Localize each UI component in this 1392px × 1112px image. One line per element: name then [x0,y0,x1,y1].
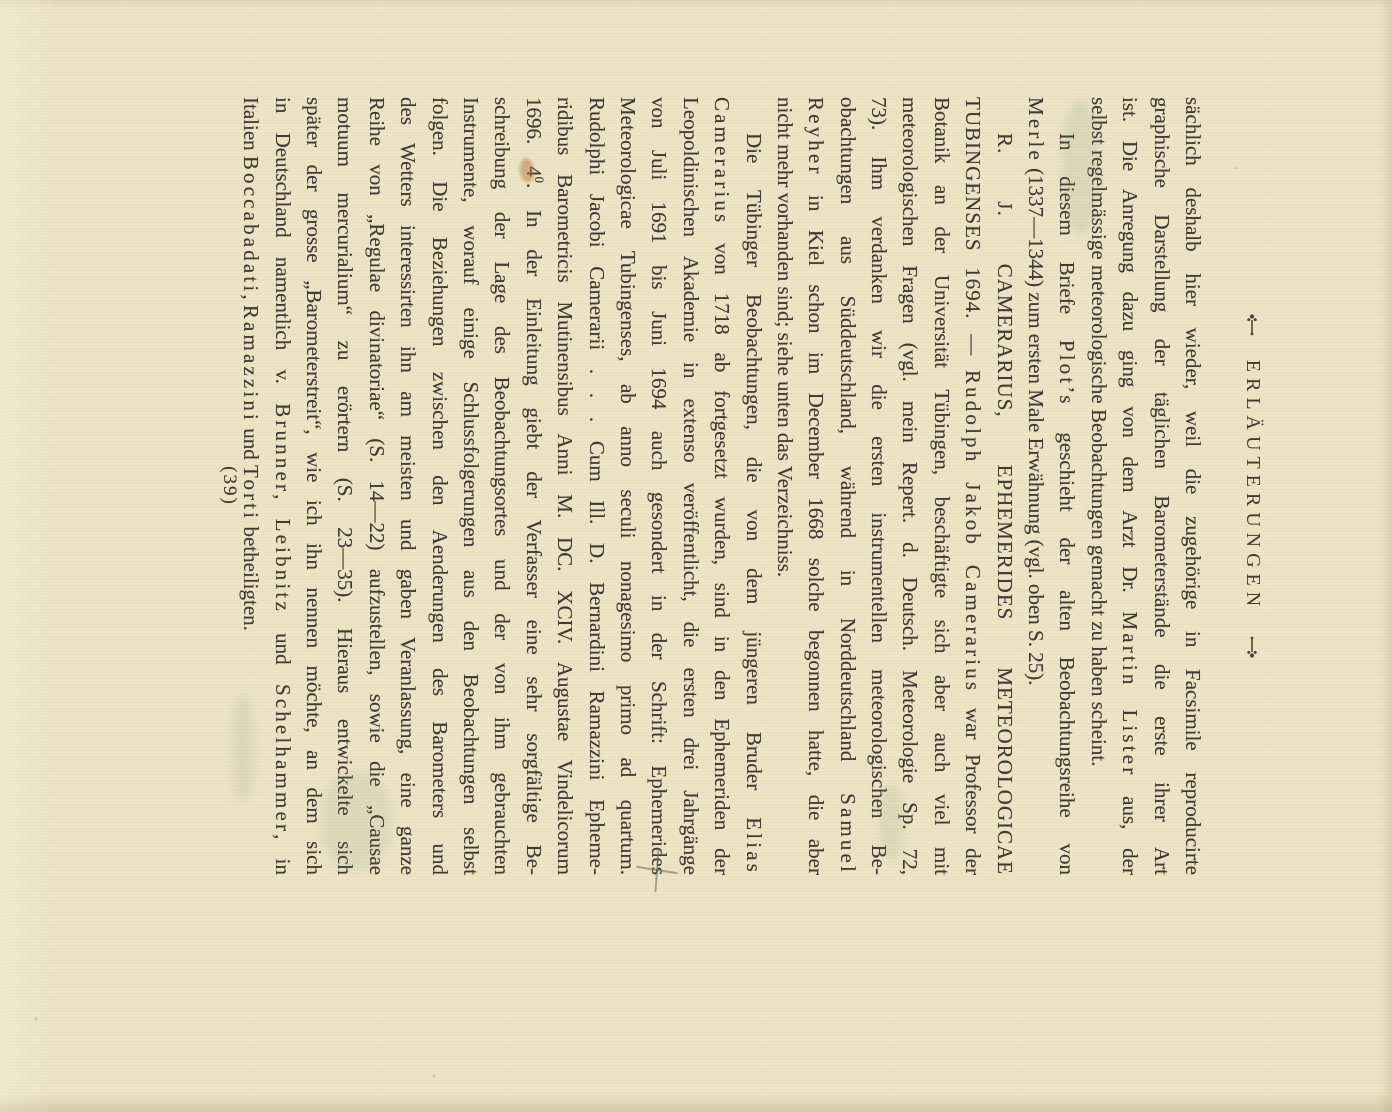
text-line: Reyher in Kiel schon im December 1668 so… [800,97,831,875]
person-name: Merle [1024,97,1048,163]
pencil-cross-mark [634,846,680,894]
text-segment: aus, der [1118,777,1142,875]
text-segment: Leopoldinischen Akademie in extenso verö… [679,97,703,875]
page-title: ERLÄUTERUNGEN [1241,360,1264,612]
page-header: ERLÄUTERUNGEN [1241,97,1264,875]
text-line: Botanik an der Universität Tübingen, bes… [925,97,956,875]
text-line: Leopoldinischen Akademie in extenso verö… [674,97,705,875]
text-line: schreibung der Lage des Beobachtungsorte… [486,97,517,875]
text-segment: R. J. CAMERARIUS, EPHEMERIDES METEOROLOG… [993,133,1017,875]
text-line: 73). Ihm verdanken wir die ersten instru… [863,97,894,875]
text-segment: TUBINGENSES 1694. [961,97,985,320]
text-segment: Instrumente, worauf einige Schlussfolger… [459,97,483,875]
text-segment: von Juli 1691 bis Juni 1694 auch gesonde… [647,97,671,875]
show-through-smudge [1062,100,1100,235]
page-content-rotated: ERLÄUTERUNGEN sächlich deshalb hier wied… [0,0,1392,1112]
show-through-smudge [320,772,392,870]
person-name: Torti [239,465,263,521]
text-segment: (1337—1344) zum ersten Male Erwähnung (v… [1024,163,1048,686]
text-line: Meteorologicae Tubingenses, ab anno secu… [612,97,643,875]
text-line: nicht mehr vorhanden sind; siehe unten d… [769,97,800,875]
text-line: ist. Die Anregung dazu ging von dem Arzt… [1114,97,1145,875]
text-segment: Meteorologicae Tubingenses, ab anno secu… [616,97,640,875]
text-line: Merle (1337—1344) zum ersten Male Erwähn… [1020,97,1051,875]
show-through-smudge [232,694,254,802]
text-segment: des Wetters interessirten ihn am meisten… [396,97,420,875]
text-segment: Die Tübinger Beobachtungen, die von dem … [742,133,766,817]
text-segment: ridibus Barometricis Mutinensibus Anni M… [553,97,577,875]
text-line: Die Tübinger Beobachtungen, die von dem … [737,97,768,875]
text-segment: Reihe von „Regulae divinatoriae“ (S. 14—… [365,97,389,875]
text-segment: nicht mehr vorhanden sind; siehe unten d… [773,97,797,577]
text-segment: 73). Ihm verdanken wir die ersten instru… [867,97,891,875]
text-segment: sächlich deshalb hier wieder, weil die z… [1181,97,1205,875]
text-segment: von 1718 ab fortgesetzt wurden, sind in … [710,225,734,875]
person-name: Ramazzini [239,305,263,423]
text-segment: später der grosse „Barometerstreit“, wie… [302,97,326,875]
text-line: R. J. CAMERARIUS, EPHEMERIDES METEOROLOG… [988,97,1019,875]
text-segment: obachtungen aus Süddeutschland, während … [836,97,860,793]
text-segment: Italien [239,97,263,156]
text-line: meteorologischen Fragen (vgl. mein Reper… [894,97,925,875]
text-line: obachtungen aus Süddeutschland, während … [831,97,862,875]
text-segment: , [239,294,263,305]
header-ornament-left-icon [1246,312,1260,336]
text-segment: in Kiel schon im December 1668 solche be… [804,177,828,875]
text-line: Camerarius von 1718 ab fortgesetzt wurde… [706,97,737,875]
text-line: später der grosse „Barometerstreit“, wie… [298,97,329,875]
person-name: Schelhammer [271,684,295,834]
text-segment: graphische Darstellung der täglichen Bar… [1150,97,1174,875]
scanned-book-page: ERLÄUTERUNGEN sächlich deshalb hier wied… [0,0,1392,1112]
show-through-smudge [878,783,904,861]
text-segment: ist. Die Anregung dazu ging von dem Arzt… [1118,97,1142,611]
person-name: Rudolph Jakob Camerarius [961,370,985,693]
ink-stain [520,158,534,182]
text-segment: meteorologischen Fragen (vgl. mein Reper… [898,97,922,875]
person-name: Elias [742,817,766,875]
text-segment: betheiligten. [239,521,263,631]
text-line: ridibus Barometricis Mutinensibus Anni M… [549,97,580,875]
text-line: Rudolphi Jacobi Camerarii . . . Cum Ill.… [580,97,611,875]
person-name: Plot’s [1055,340,1079,407]
text-line: von Juli 1691 bis Juni 1694 auch gesonde… [643,97,674,875]
text-segment: war Professor der [961,693,985,875]
person-name: Leibnitz [271,519,295,614]
text-line: TUBINGENSES 1694. — Rudolph Jakob Camera… [957,97,988,875]
person-name: Reyher [804,97,828,177]
text-segment: und [271,614,295,684]
text-segment: folgen. Die Beziehungen zwischen den Aen… [428,97,452,875]
text-segment: in Deutschland namentlich v. [271,97,295,403]
text-segment: , in [271,834,295,875]
person-name: Samuel [836,793,860,875]
text-segment: Botanik an der Universität Tübingen, bes… [930,97,954,875]
text-segment: schreibung der Lage des Beobachtungsorte… [490,97,514,875]
text-segment: , [271,494,295,519]
person-name: Martin Lister [1118,611,1142,777]
person-name: Brunner [271,403,295,494]
text-segment: Rudolphi Jacobi Camerarii . . . Cum Ill.… [585,97,609,875]
text-line: des Wetters interessirten ihn am meisten… [392,97,423,875]
text-block: sächlich deshalb hier wieder, weil die z… [235,97,1208,875]
text-line: 1696. 40. In der Einleitung giebt der Ve… [517,97,548,875]
text-segment: — [961,320,985,370]
text-segment: motuum mercurialium“ zu erörtern (S. 23—… [333,97,357,875]
text-line: Reihe von „Regulae divinatoriae“ (S. 14—… [360,97,391,875]
person-name: Boccabadati [239,156,263,294]
text-segment: und [239,423,263,465]
text-segment: geschieht der alten Beobachtungsreihe vo… [1055,407,1079,875]
text-line: motuum mercurialium“ zu erörtern (S. 23—… [329,97,360,875]
header-ornament-right-icon [1246,636,1260,660]
text-line: graphische Darstellung der täglichen Bar… [1145,97,1176,875]
text-line: sächlich deshalb hier wieder, weil die z… [1177,97,1208,875]
text-segment: . In der Einleitung giebt der Verfasser … [522,183,546,875]
person-name: Camerarius [710,97,734,225]
text-line: Instrumente, worauf einige Schlussfolger… [455,97,486,875]
text-line: folgen. Die Beziehungen zwischen den Aen… [423,97,454,875]
text-line: in Deutschland namentlich v. Brunner, Le… [266,97,297,875]
